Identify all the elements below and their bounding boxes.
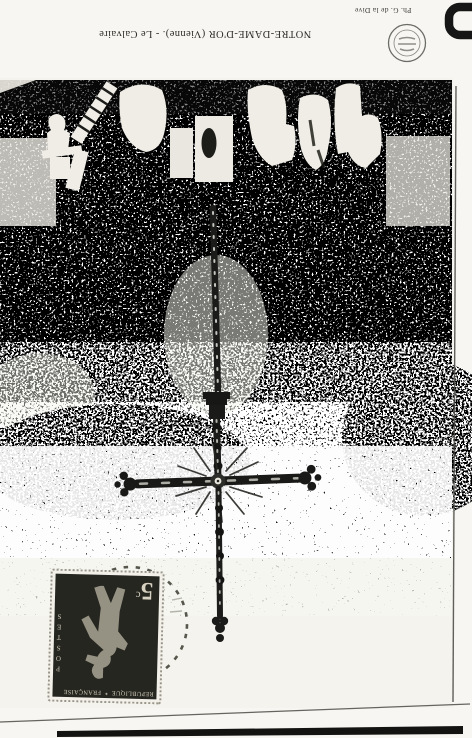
stamp-ornament-icon: ✦ [104, 688, 109, 696]
postcard-scan: NOTRE-DAME-D'OR (Vienne). - Le Calvaire … [0, 0, 472, 738]
stamp-value: 5c [136, 578, 154, 603]
stamp-value-unit: c [136, 589, 141, 601]
postcard-title: NOTRE-DAME-D'OR (Vienne). - Le Calvaire [55, 28, 355, 39]
stamp-country-right: FRANÇAISE [63, 687, 101, 696]
photo-foliage [0, 226, 472, 616]
postage-stamp: REPUBLIQUE ✦ FRANÇAISE POSTES 5c [47, 569, 164, 705]
stamp-postes-label: POSTES [54, 610, 64, 673]
stamp-country-left: REPUBLIQUE [111, 688, 153, 697]
stamp-country-line: REPUBLIQUE ✦ FRANÇAISE [60, 687, 156, 698]
stamp-body: REPUBLIQUE ✦ FRANÇAISE POSTES 5c [52, 574, 159, 700]
photographer-credit: Ph. G. de la Dive [334, 6, 432, 15]
stamp-value-digit: 5 [140, 577, 153, 604]
photo-figures-band [0, 80, 452, 230]
